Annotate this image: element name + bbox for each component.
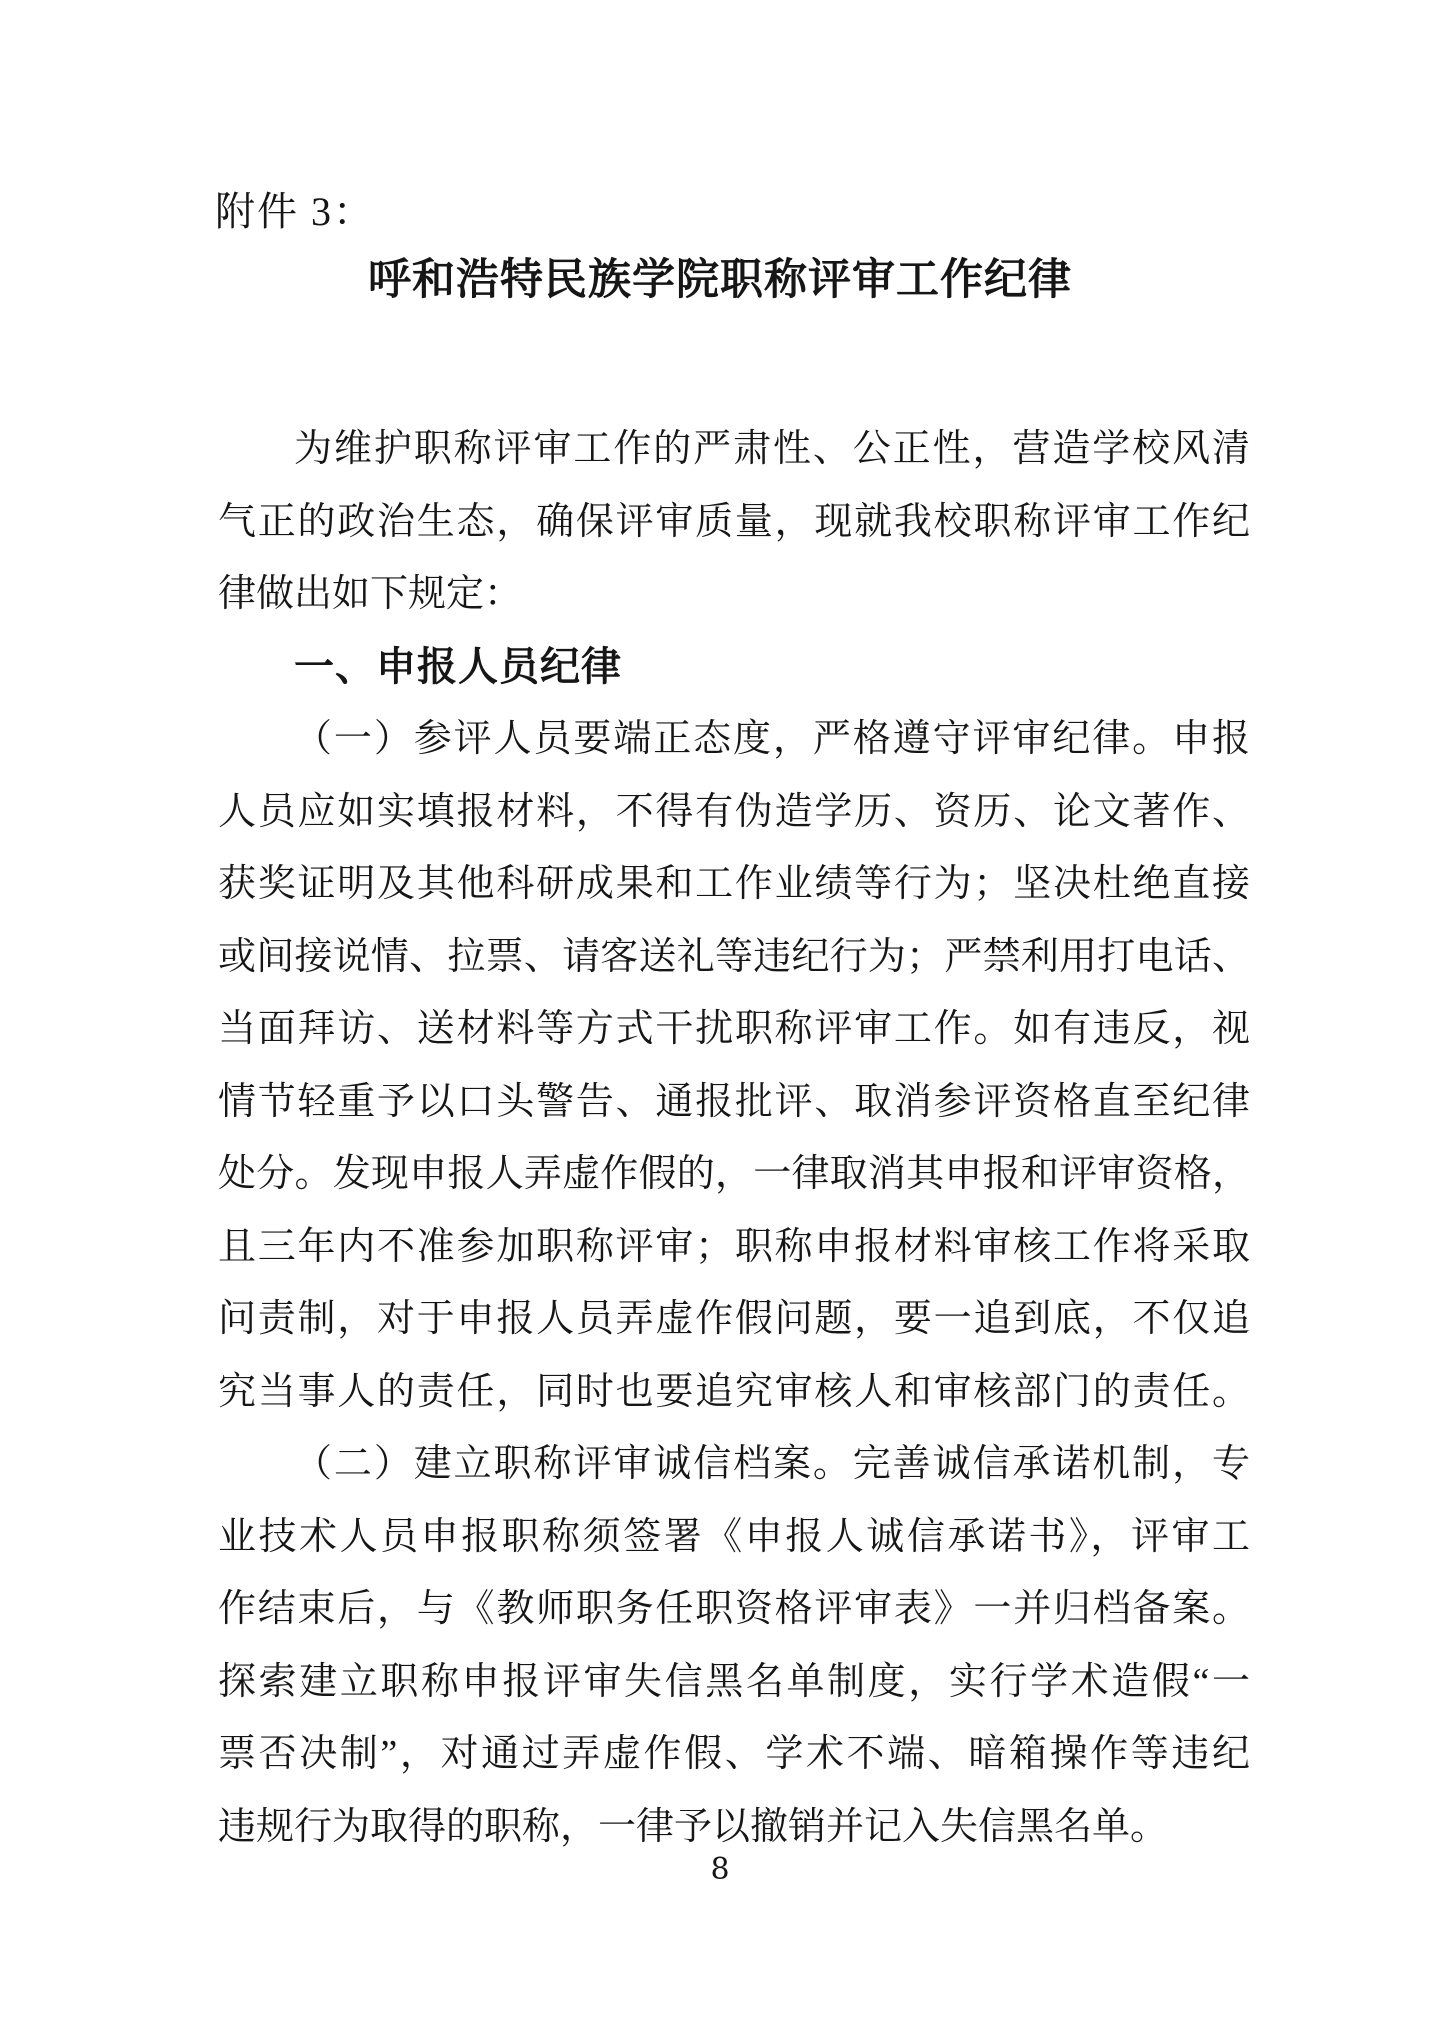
paragraph1-line: 为维护职称评审工作的严肃性、公正性，营造学校风清 — [218, 413, 1250, 486]
paragraph2-line: 究当事人的责任，同时也要追究审核人和审核部门的责任。 — [218, 1356, 1250, 1429]
page-number: 8 — [0, 1850, 1440, 1890]
paragraph2-line: 或间接说情、拉票、请客送礼等违纪行为；严禁利用打电话、 — [218, 921, 1250, 994]
paragraph2-line: 当面拜访、送材料等方式干扰职称评审工作。如有违反，视 — [218, 993, 1250, 1066]
paragraph2-line: 且三年内不准参加职称评审；职称申报材料审核工作将采取 — [218, 1211, 1250, 1284]
paragraph2-line: 情节轻重予以口头警告、通报批评、取消参评资格直至纪律 — [218, 1066, 1250, 1139]
paragraph3-line: 作结束后，与《教师职务任职资格评审表》一并归档备案。 — [218, 1573, 1250, 1646]
paragraph2-line: 获奖证明及其他科研成果和工作业绩等行为；坚决杜绝直接 — [218, 848, 1250, 921]
document-page: 附件 3： 呼和浩特民族学院职称评审工作纪律 为维护职称评审工作的严肃性、公正性… — [0, 0, 1440, 2037]
paragraph3-line: 业技术人员申报职称须签署《申报人诚信承诺书》，评审工 — [218, 1501, 1250, 1574]
document-title: 呼和浩特民族学院职称评审工作纪律 — [0, 250, 1440, 312]
paragraph2-line: 处分。发现申报人弄虚作假的，一律取消其申报和评审资格， — [218, 1138, 1250, 1211]
section1-heading: 一、申报人员纪律 — [218, 631, 1250, 704]
paragraph3-line: 票否决制”，对通过弄虚作假、学术不端、暗箱操作等违纪 — [218, 1718, 1250, 1791]
paragraph2-line: 问责制，对于申报人员弄虚作假问题，要一追到底，不仅追 — [218, 1283, 1250, 1356]
paragraph3-line: （二）建立职称评审诚信档案。完善诚信承诺机制，专 — [218, 1428, 1250, 1501]
document-body: 为维护职称评审工作的严肃性、公正性，营造学校风清 气正的政治生态，确保评审质量，… — [218, 413, 1250, 1863]
paragraph3-line: 探索建立职称申报评审失信黑名单制度，实行学术造假“一 — [218, 1646, 1250, 1719]
paragraph2-line: （一）参评人员要端正态度，严格遵守评审纪律。申报 — [218, 703, 1250, 776]
attachment-label: 附件 3： — [215, 186, 375, 238]
paragraph2-line: 人员应如实填报材料，不得有伪造学历、资历、论文著作、 — [218, 776, 1250, 849]
paragraph1-line: 气正的政治生态，确保评审质量，现就我校职称评审工作纪 — [218, 486, 1250, 559]
paragraph1-line: 律做出如下规定： — [218, 558, 1250, 631]
